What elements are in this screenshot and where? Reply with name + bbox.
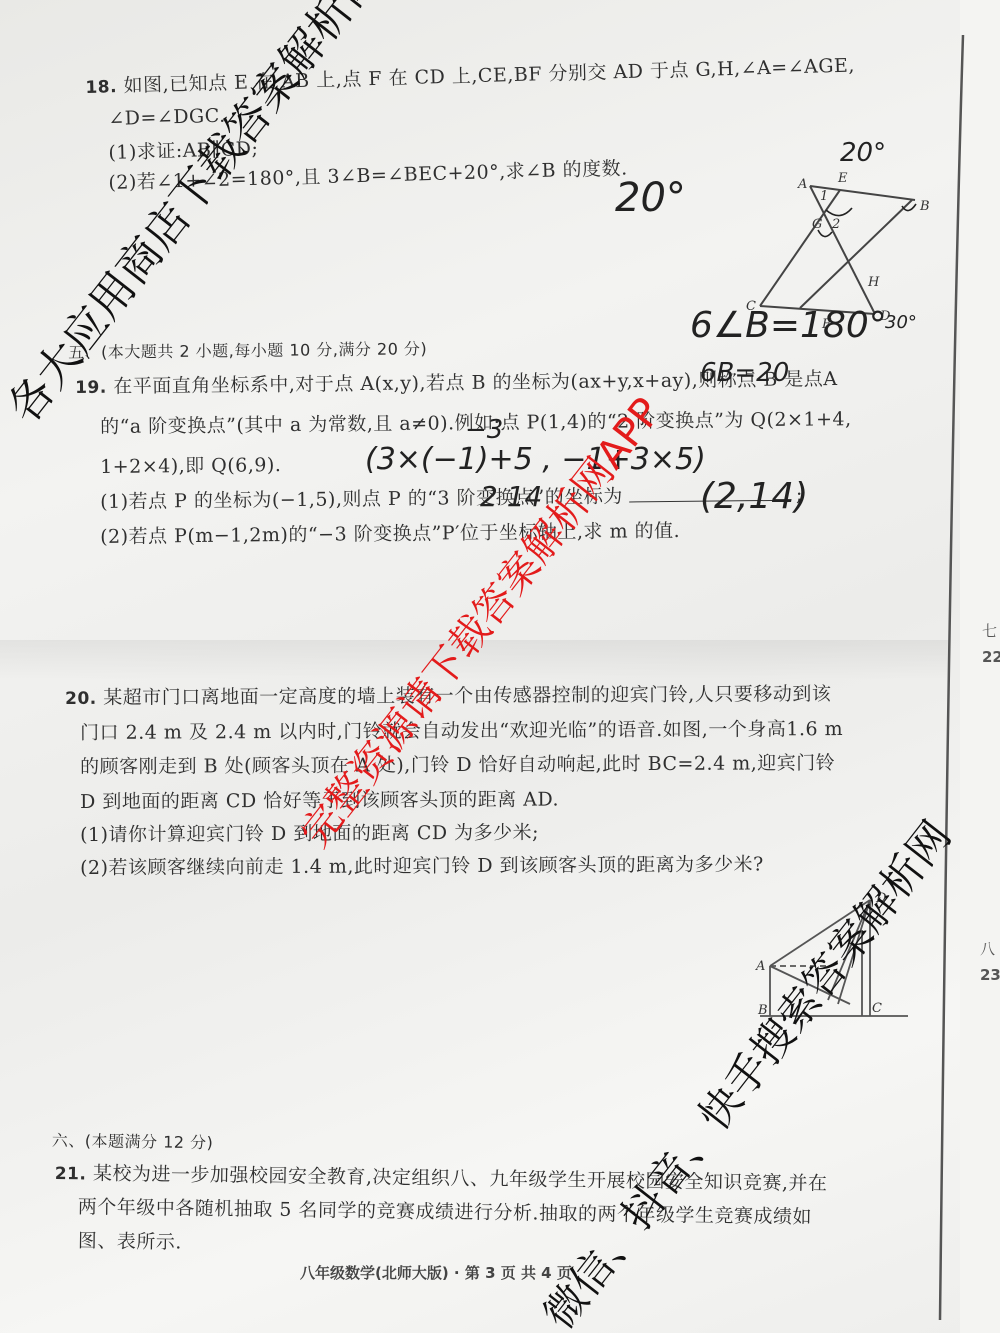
- section-6-header: 六、(本题满分 12 分): [52, 1128, 214, 1153]
- next-page-strip: [960, 0, 1000, 1333]
- q18-number: 18.: [85, 77, 117, 98]
- label-A: A: [755, 959, 765, 974]
- handwritten-q19-calc: (3×(−1)+5 , −1+3×5): [365, 442, 706, 477]
- q21-number: 21.: [55, 1164, 87, 1184]
- q21-text-line3: 图、表所示.: [78, 1226, 182, 1254]
- side-section-8: 八: [980, 938, 995, 959]
- q20-number: 20.: [65, 689, 97, 709]
- label-A: A: [797, 177, 807, 192]
- q20-part2: (2)若该顾客继续向前走 1.4 m,此时迎宾门铃 D 到该顾客头顶的距离为多少…: [80, 849, 764, 880]
- handwritten-q19-answer: (2,14): [700, 476, 808, 517]
- q20-text-line1: 某超市门口离地面一定高度的墙上装有一个由传感器控制的迎宾门铃,人只要移动到该: [103, 683, 831, 709]
- handwritten-q19-above: −3: [465, 415, 503, 445]
- section-5-header: 五、(本大题共 2 小题,每小题 10 分,满分 20 分): [68, 336, 427, 363]
- handwritten-q18-small: 20°: [840, 138, 886, 168]
- side-section-7: 七: [982, 620, 997, 641]
- label-C: C: [872, 1001, 882, 1016]
- handwritten-q19-margin: 6B=20: [700, 358, 789, 388]
- label-2: 2: [831, 217, 840, 232]
- q19-part2: (2)若点 P(m−1,2m)的“−3 阶变换点”P′位于坐标轴上,求 m 的值…: [100, 516, 680, 549]
- label-G: G: [812, 217, 822, 232]
- page-footer: 八年级数学(北师大版) · 第 3 页 共 4 页: [300, 1262, 572, 1283]
- handwritten-q18-angle: 20°: [615, 175, 686, 221]
- label-E: E: [837, 171, 848, 186]
- side-q23-number: 23: [980, 966, 1000, 984]
- q21-text-line2: 两个年级中各随机抽取 5 名同学的竞赛成绩进行分析.抽取的两个年级学生竞赛成绩如: [78, 1192, 813, 1229]
- q19-part1: (1)若点 P 的坐标为(−1,5),则点 P 的“3 阶变换点”的坐标为 ;: [100, 480, 803, 514]
- side-q22-number: 22: [982, 648, 1000, 666]
- q19-text-line3: 1+2×4),即 Q(6,9).: [100, 450, 282, 479]
- label-H: H: [867, 275, 880, 290]
- label-B: B: [919, 199, 930, 214]
- handwritten-q18-side: 30°: [885, 312, 917, 333]
- q18-line1: 18. 如图,已知点 E 在 AB 上,点 F 在 CD 上,CE,BF 分别交…: [85, 51, 855, 99]
- q20-text-line3: 的顾客刚走到 B 处(顾客头顶在 A 处),门铃 D 恰好自动响起,此时 BC=…: [80, 748, 835, 779]
- q20-text-line2: 门口 2.4 m 及 2.4 m 以内时,门铃就会自动发出“欢迎光临”的语音.如…: [80, 714, 843, 745]
- q21-text-line1: 某校为进一步加强校园安全教育,决定组织八、九年级学生开展校园安全知识竞赛,并在: [93, 1163, 828, 1195]
- handwritten-q18-result: 6∠B=180°: [690, 305, 887, 346]
- label-1: 1: [820, 189, 828, 204]
